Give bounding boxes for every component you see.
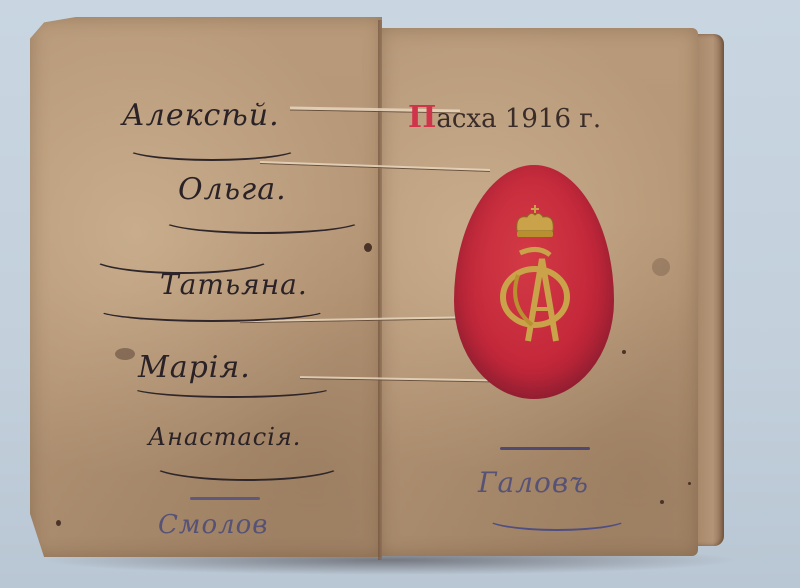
- stain: [652, 258, 670, 276]
- crown-icon: [513, 205, 557, 241]
- ink-spot: [364, 243, 372, 252]
- signature-flourish: [90, 240, 274, 274]
- signature-flourish: [150, 447, 344, 481]
- signature-olga: Ольга.: [178, 172, 287, 207]
- title-text: асха 1916 г.: [436, 104, 601, 134]
- page-title: Пасха 1916 г.: [408, 100, 601, 135]
- ink-spot: [688, 482, 691, 485]
- signature-flourish: [125, 135, 299, 161]
- signature-flourish: [485, 505, 629, 531]
- signature-ink-stamp-right: Галовъ: [478, 466, 589, 499]
- signature-flourish: [160, 205, 364, 234]
- title-initial: П: [408, 100, 436, 135]
- ink-dash: [190, 497, 260, 500]
- ink-dash: [500, 447, 590, 450]
- ink-spot: [56, 520, 61, 526]
- stain: [115, 348, 135, 360]
- monogram-icon: [498, 245, 572, 345]
- signature-alexei: Алексѣй.: [122, 98, 280, 133]
- ink-spot: [622, 350, 626, 354]
- right-page-edge: [696, 34, 724, 546]
- signature-ink-stamp-left: Смолов: [158, 510, 268, 540]
- ink-spot: [660, 500, 664, 504]
- signature-flourish: [95, 296, 329, 322]
- booklet-spine: [378, 20, 382, 560]
- signature-flourish: [130, 376, 334, 398]
